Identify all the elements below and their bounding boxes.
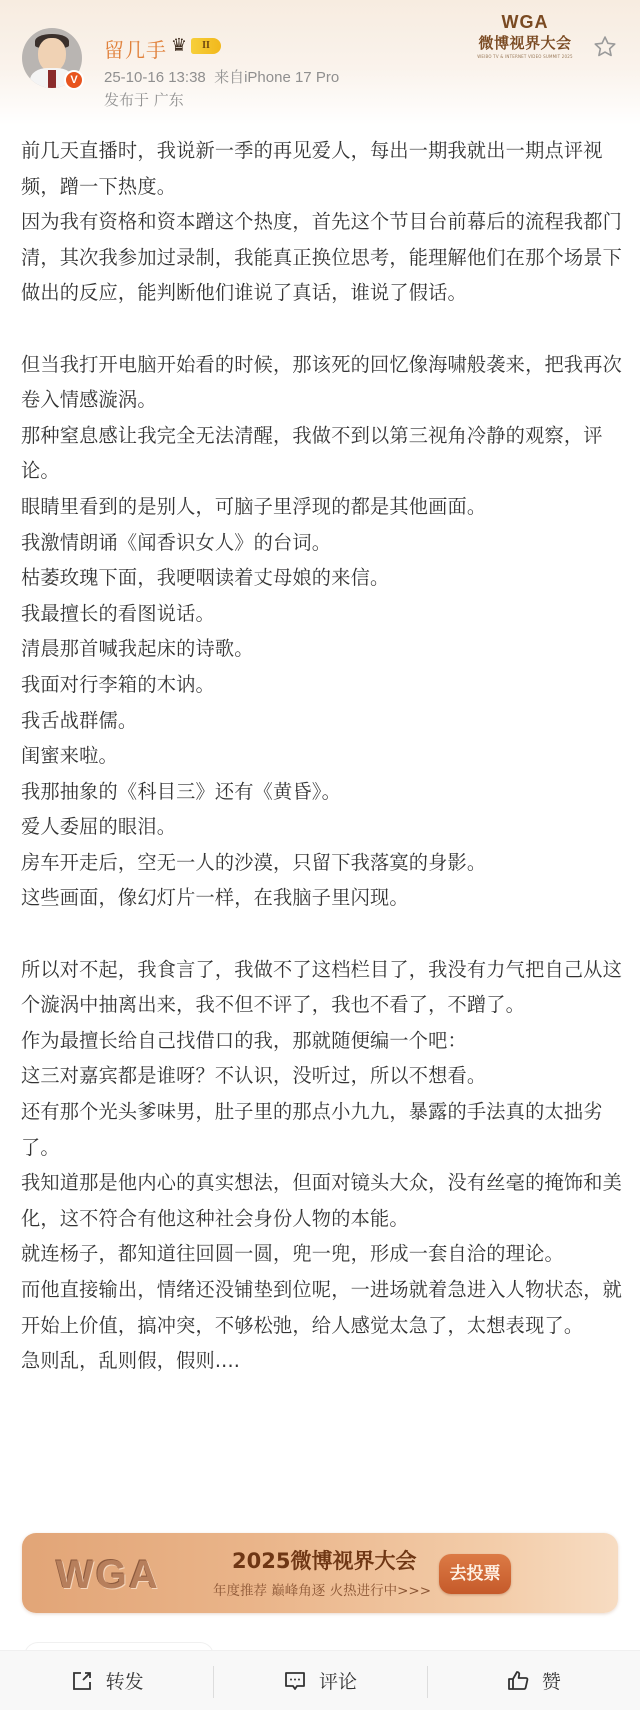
- post-paragraph: 我面对行李箱的木讷。: [21, 667, 625, 703]
- paragraph-gap: [21, 916, 625, 952]
- repost-button[interactable]: 转发: [0, 1658, 213, 1704]
- post-paragraph: 那种窒息感让我完全无法清醒，我做不到以第三视角冷静的观察，评论。: [21, 418, 625, 489]
- verified-badge-icon: V: [64, 70, 84, 90]
- post-paragraph: 但当我打开电脑开始看的时候，那该死的回忆像海啸般袭来，把我再次卷入情感漩涡。: [21, 347, 625, 418]
- post-paragraph: 作为最擅长给自己找借口的我，那就随便编一个吧：: [21, 1023, 625, 1059]
- post-paragraph: 前几天直播时，我说新一季的再见爱人，每出一期我就出一期点评视频，蹭一下热度。: [21, 133, 625, 204]
- wga-promo-banner[interactable]: WGA 2025微博视界大会 年度推荐 巅峰角逐 火热进行中>>> 去投票: [22, 1533, 618, 1613]
- post-paragraph: 眼睛里看到的是别人，可脑子里浮现的都是其他画面。: [21, 489, 625, 525]
- post-paragraph: 清晨那首喊我起床的诗歌。: [21, 631, 625, 667]
- post-paragraph: 还有那个光头爹味男，肚子里的那点小九九，暴露的手法真的太拙劣了。: [21, 1094, 625, 1165]
- comment-label: 评论: [319, 1667, 357, 1694]
- post-paragraph: 我知道那是他内心的真实想法，但面对镜头大众，没有丝毫的掩饰和美化，这不符合有他这…: [21, 1165, 625, 1236]
- post-location: 发布于 广东: [104, 89, 184, 110]
- post-paragraph: 就连杨子，都知道往回圆一圆，兜一兜，形成一套自洽的理论。: [21, 1236, 625, 1272]
- post-meta: 25-10-16 13:38 来自iPhone 17 Pro: [104, 66, 339, 87]
- vote-button[interactable]: 去投票: [439, 1554, 511, 1594]
- post-paragraph: 这三对嘉宾都是谁呀？不认识，没听过，所以不想看。: [21, 1058, 625, 1094]
- comment-button[interactable]: 评论: [213, 1658, 426, 1704]
- post-paragraph: 爱人委屈的眼泪。: [21, 809, 625, 845]
- banner-title: 2025微博视界大会: [232, 1545, 416, 1575]
- post-paragraph: 这些画面，像幻灯片一样，在我脑子里闪现。: [21, 880, 625, 916]
- star-outline-icon: [592, 34, 618, 60]
- event-logo[interactable]: WGA 微博视界大会 WEIBO TV & INTERNET VIDEO SUM…: [470, 12, 580, 59]
- username[interactable]: 留几手: [104, 34, 167, 63]
- avatar-tie: [48, 70, 56, 88]
- post-source: 来自iPhone 17 Pro: [214, 69, 339, 86]
- post-paragraph: 我那抽象的《科目三》还有《黄昏》。: [21, 774, 625, 810]
- post-paragraph: 因为我有资格和资本蹭这个热度，首先这个节目台前幕后的流程我都门清，其次我参加过录…: [21, 204, 625, 311]
- post-header: V 留几手 ♛ II 25-10-16 13:38 来自iPhone 17 Pr…: [0, 0, 640, 125]
- event-logo-mark: WGA: [470, 12, 580, 33]
- favorite-button[interactable]: [592, 34, 618, 60]
- event-logo-subtitle: WEIBO TV & INTERNET VIDEO SUMMIT 2025: [470, 54, 580, 59]
- event-logo-title: 微博视界大会: [470, 32, 580, 53]
- repost-label: 转发: [106, 1667, 144, 1694]
- thumbs-up-icon: [506, 1669, 530, 1693]
- post-paragraph: 枯萎玫瑰下面，我哽咽读着丈母娘的来信。: [21, 560, 625, 596]
- vip-badge[interactable]: ♛ II: [168, 36, 221, 56]
- comment-icon: [283, 1669, 307, 1693]
- avatar-face: [38, 38, 66, 72]
- like-button[interactable]: 赞: [427, 1658, 640, 1704]
- paragraph-gap: [21, 311, 625, 347]
- post-body: 前几天直播时，我说新一季的再见爱人，每出一期我就出一期点评视频，蹭一下热度。因为…: [21, 133, 625, 1379]
- post-paragraph: 我最擅长的看图说话。: [21, 596, 625, 632]
- crown-icon: ♛: [168, 37, 190, 55]
- action-bar: 转发 评论 赞: [0, 1650, 640, 1710]
- post-paragraph: 我舌战群儒。: [21, 703, 625, 739]
- post-paragraph: 房车开走后，空无一人的沙漠，只留下我落寞的身影。: [21, 845, 625, 881]
- post-paragraph: 而他直接输出，情绪还没铺垫到位呢，一进场就着急进入人物状态，就开始上价值，搞冲突…: [21, 1272, 625, 1343]
- post-paragraph: 所以对不起，我食言了，我做不了这档栏目了，我没有力气把自己从这个漩涡中抽离出来，…: [21, 952, 625, 1023]
- banner-slogan[interactable]: 年度推荐 巅峰角逐 火热进行中>>>: [213, 1579, 431, 1599]
- post-paragraph: 我激情朗诵《闻香识女人》的台词。: [21, 525, 625, 561]
- repost-icon: [70, 1669, 94, 1693]
- post-timestamp: 25-10-16 13:38: [104, 69, 206, 86]
- wga-banner-logo: WGA: [56, 1553, 160, 1598]
- like-label: 赞: [542, 1667, 561, 1694]
- post-paragraph: 闺蜜来啦。: [21, 738, 625, 774]
- vip-level: II: [191, 38, 221, 54]
- post-paragraph: 急则乱，乱则假，假则....: [21, 1343, 625, 1379]
